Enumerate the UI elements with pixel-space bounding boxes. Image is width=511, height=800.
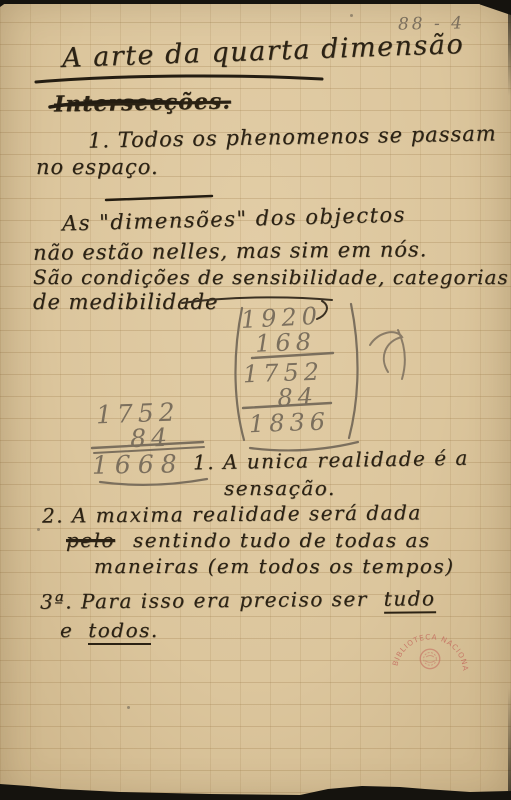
calc-row: 1836: [238, 409, 331, 436]
pencil-speck: [37, 528, 40, 531]
struck-heading: Intersecções.: [54, 90, 231, 115]
manuscript-line-pre: 3ª. Para isso era preciso ser: [40, 587, 368, 614]
manuscript-line-pre: e: [60, 618, 73, 642]
biblioteca-nacional-stamp: BIBLIOTECA NACIONAL: [390, 616, 470, 694]
calc-row: 1668: [92, 451, 182, 478]
manuscript-line: maneiras (em todos os tempos): [94, 556, 455, 576]
manuscript-line-rest: sentindo tudo de todas as: [133, 528, 431, 552]
manuscript-line-post: .: [151, 618, 159, 642]
pencil-speck: [127, 706, 130, 709]
calc-row: 84: [96, 425, 173, 453]
manuscript-line: 1. Todos os phenomenos se passam: [88, 123, 497, 151]
manuscript-line: no espaço.: [36, 157, 159, 178]
struck-word: pelo: [66, 528, 115, 552]
stamp-seal: [420, 649, 440, 669]
manuscript-line: 3ª. Para isso era preciso ser tudo: [40, 588, 436, 611]
manuscript-line: sensação.: [224, 478, 336, 498]
manuscript-page: 88 - 4 A arte da quarta dimensão Interse…: [0, 0, 511, 800]
page-title: A arte da quarta dimensão: [62, 31, 465, 72]
scan-edge-top: [0, 0, 511, 4]
calc-right-bracket-right: [349, 304, 358, 438]
manuscript-line: e todos.: [60, 620, 159, 640]
manuscript-line: 1. A unica realidade é a: [193, 448, 469, 473]
manuscript-line: pelo sentindo tudo de todas as: [66, 530, 431, 550]
underlined-word: tudo: [384, 586, 436, 613]
title-underline: [36, 76, 322, 82]
pencil-scribble: [370, 330, 405, 379]
manuscript-line: 2. A maxima realidade será dada: [42, 502, 422, 525]
scan-edge-top-right-corner: [475, 0, 511, 15]
calc-row: 168: [236, 330, 317, 357]
manuscript-line: As "dimensões" dos objectos: [62, 205, 406, 235]
manuscript-line: não estão nelles, mas sim em nós.: [33, 239, 428, 263]
calc-left-underline: [100, 479, 207, 485]
manuscript-line: de medibilidade: [33, 292, 218, 313]
underlined-word: todos: [88, 618, 151, 645]
manuscript-line: São condições de sensibilidade, categori…: [33, 267, 509, 287]
pencil-speck: [350, 14, 353, 17]
scan-edge-bottom: [0, 778, 511, 800]
separator-line: [106, 196, 212, 200]
